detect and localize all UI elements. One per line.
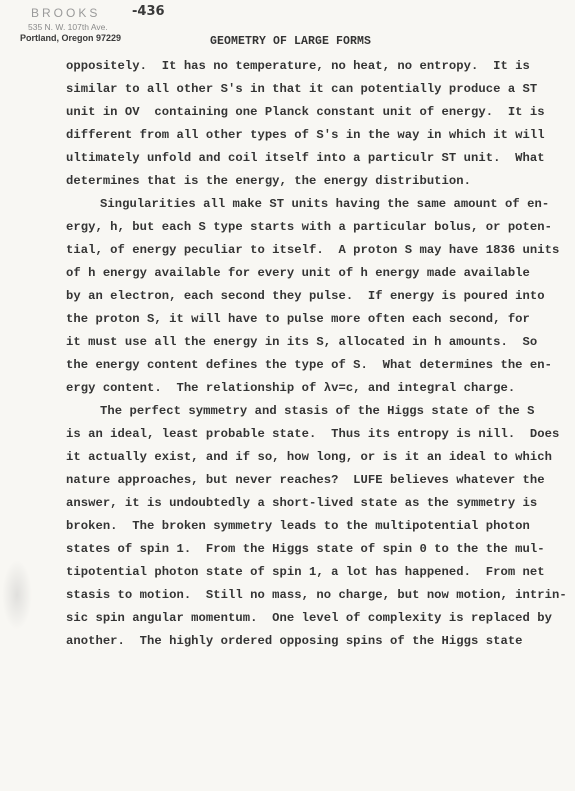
text-line: determines that is the energy, the energ… — [66, 170, 546, 193]
stamp-name: BROOKS — [31, 6, 100, 20]
text-line: answer, it is undoubtedly a short-lived … — [66, 492, 546, 515]
text-line: ultimately unfold and coil itself into a… — [66, 147, 546, 170]
stamp-address: 535 N. W. 107th Ave. — [28, 22, 108, 32]
text-line: broken. The broken symmetry leads to the… — [66, 515, 546, 538]
stamp-city: Portland, Oregon 97229 — [20, 33, 121, 43]
text-line: stasis to motion. Still no mass, no char… — [66, 584, 546, 607]
text-line: different from all other types of S's in… — [66, 124, 546, 147]
text-line: by an electron, each second they pulse. … — [66, 285, 546, 308]
text-line: is an ideal, least probable state. Thus … — [66, 423, 546, 446]
document-page: BROOKS -436 535 N. W. 107th Ave. Portlan… — [0, 0, 575, 791]
page-title: GEOMETRY OF LARGE FORMS — [210, 35, 371, 48]
text-line: unit in OV containing one Planck constan… — [66, 101, 546, 124]
text-line: nature approaches, but never reaches? LU… — [66, 469, 546, 492]
text-line: oppositely. It has no temperature, no he… — [66, 55, 546, 78]
text-line: the proton S, it will have to pulse more… — [66, 308, 546, 331]
text-line: Singularities all make ST units having t… — [66, 193, 546, 216]
body-text: oppositely. It has no temperature, no he… — [66, 55, 546, 653]
text-line: ergy content. The relationship of λv=c, … — [66, 377, 546, 400]
text-line: tipotential photon state of spin 1, a lo… — [66, 561, 546, 584]
text-line: another. The highly ordered opposing spi… — [66, 630, 546, 653]
scan-smudge — [2, 560, 32, 630]
text-line: tial, of energy peculiar to itself. A pr… — [66, 239, 546, 262]
text-line: of h energy available for every unit of … — [66, 262, 546, 285]
text-line: sic spin angular momentum. One level of … — [66, 607, 546, 630]
handwritten-number: -436 — [132, 4, 165, 19]
text-line: states of spin 1. From the Higgs state o… — [66, 538, 546, 561]
text-line: the energy content defines the type of S… — [66, 354, 546, 377]
text-line: it actually exist, and if so, how long, … — [66, 446, 546, 469]
text-line: ergy, h, but each S type starts with a p… — [66, 216, 546, 239]
text-line: similar to all other S's in that it can … — [66, 78, 546, 101]
text-line: The perfect symmetry and stasis of the H… — [66, 400, 546, 423]
text-line: it must use all the energy in its S, all… — [66, 331, 546, 354]
